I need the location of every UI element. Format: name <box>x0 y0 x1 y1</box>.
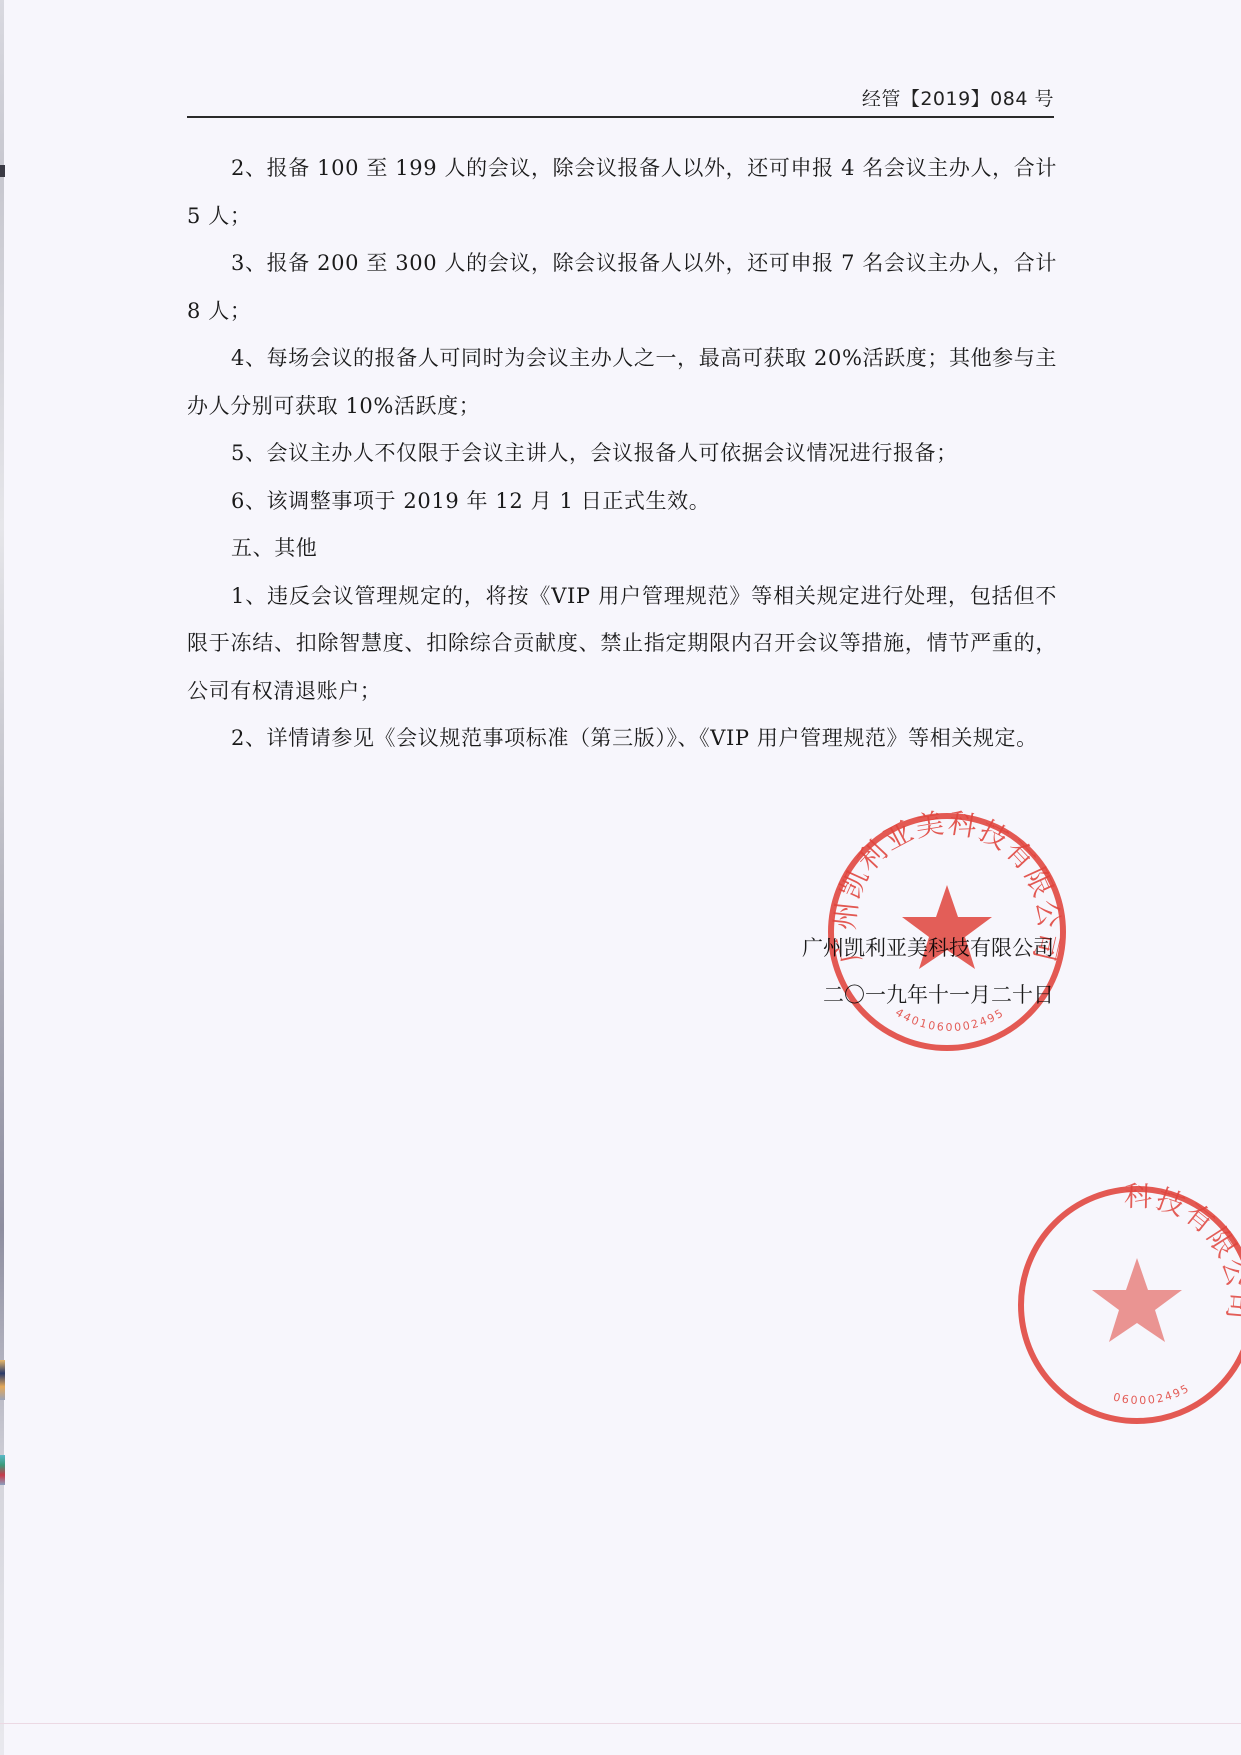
scan-fold-line <box>0 1723 1241 1724</box>
paragraph: 5、会议主办人不仅限于会议主讲人，会议报备人可依据会议情况进行报备； <box>187 430 1057 478</box>
scan-edge-artifact <box>0 0 4 1755</box>
paragraph: 3、报备 200 至 300 人的会议，除会议报备人以外，还可申报 7 名会议主… <box>187 240 1057 335</box>
header-rule <box>187 116 1054 118</box>
section-heading: 五、其他 <box>187 525 1057 573</box>
document-header: 经管【2019】084 号 <box>187 80 1054 120</box>
scan-color-artifact <box>0 165 5 177</box>
scan-color-artifact <box>0 1360 5 1400</box>
paragraph: 6、该调整事项于 2019 年 12 月 1 日正式生效。 <box>187 478 1057 526</box>
signature-company: 广州凯利亚美科技有限公司 <box>802 925 1054 972</box>
scan-color-artifact <box>0 1455 5 1485</box>
partial-seal-stamp: 科技有限公司 060002495 <box>1010 1178 1241 1432</box>
svg-text:060002495: 060002495 <box>1112 1381 1192 1407</box>
paragraph: 4、每场会议的报备人可同时为会议主办人之一，最高可获取 20%活跃度；其他参与主… <box>187 335 1057 430</box>
paragraph: 2、报备 100 至 199 人的会议，除会议报备人以外，还可申报 4 名会议主… <box>187 145 1057 240</box>
svg-text:科技有限公司: 科技有限公司 <box>1124 1180 1241 1323</box>
signature-block: 广州凯利亚美科技有限公司 二〇一九年十一月二十日 <box>802 925 1054 1019</box>
paragraph: 2、详情请参见《会议规范事项标准（第三版）》、《VIP 用户管理规范》等相关规定… <box>187 715 1057 763</box>
signature-date: 二〇一九年十一月二十日 <box>802 972 1054 1019</box>
document-body: 2、报备 100 至 199 人的会议，除会议报备人以外，还可申报 4 名会议主… <box>187 145 1057 763</box>
document-number: 经管【2019】084 号 <box>862 84 1054 111</box>
paragraph: 1、违反会议管理规定的，将按《VIP 用户管理规范》等相关规定进行处理，包括但不… <box>187 573 1057 716</box>
